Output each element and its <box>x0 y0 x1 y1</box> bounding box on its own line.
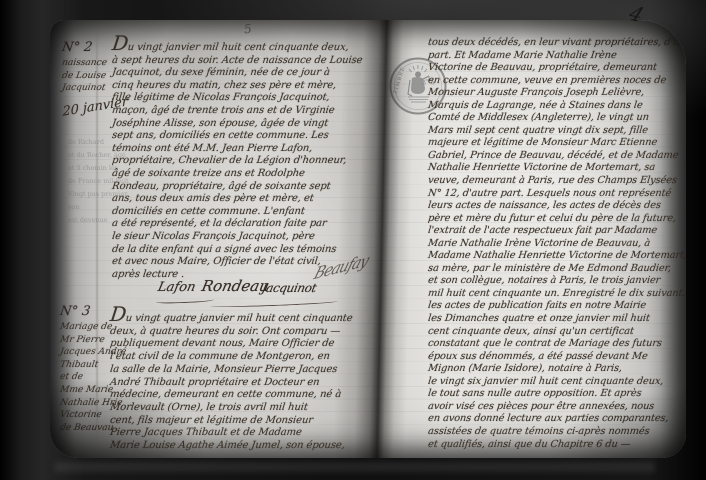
record-line: Comté de Middlesex (Angleterre), le ving… <box>427 112 686 125</box>
record-line: Marquis de Lagrange, née à Staines dans … <box>427 100 686 113</box>
register-spread: 5 N° 2 naissancede LouiseJacquinot 20 ja… <box>50 20 686 458</box>
record-line: le sieur Nicolas François Jacquinot, pèr… <box>111 231 369 244</box>
record-line: l'extrait de l'acte respectueux fait par… <box>427 225 686 238</box>
record-line: père et mère du futur et celui du père d… <box>427 213 686 226</box>
record-line: tous deux décédés, en leur vivant propri… <box>427 37 686 50</box>
record-line: André Thibault propriétaire et Docteur e… <box>109 377 369 390</box>
record-line: constatant que le contrat de Mariage des… <box>427 338 686 351</box>
marriage-act-text: Du vingt quatre janvier mil huit cent ci… <box>110 308 368 453</box>
record-line: Madame Nathalie Henriette Victorine de M… <box>427 250 686 263</box>
birth-act-text: Du vingt janvier mil huit cent cinquante… <box>112 37 368 281</box>
record-line: Mignon (Marie Isidore), notaire à Paris, <box>427 363 686 376</box>
record-line: et qualifiés, ainsi que du Chapitre 6 du… <box>427 439 686 452</box>
record-line: Monsieur Auguste François Joseph Lelièvr… <box>427 87 686 100</box>
record-line: veuve, demeurant à Paris, rue des Champs… <box>427 175 686 188</box>
record-line: Nathalie Henriette Victorine de Mortemar… <box>427 162 686 175</box>
record-line: publiquement devant nous, Maire Officier… <box>109 338 369 351</box>
record-line: le tout sans nulle autre opposition. Et … <box>427 388 686 401</box>
record-line: témoins ont été M.M. Jean Pierre Lafon, <box>111 143 369 156</box>
signatures: Lafon Rondeau Jacquinot <box>158 272 388 312</box>
record-line: Du vingt quatre janvier mil huit cent ci… <box>109 308 369 326</box>
record-line: Morlevault (Orne), le trois avril mil hu… <box>109 402 369 415</box>
record-line: médecine, demeurant en cette commune, né… <box>109 389 369 402</box>
record-line: à sept heures du soir. Acte de naissance… <box>111 55 369 68</box>
signature-lafon: Lafon <box>156 280 197 295</box>
record-line: Marie Louise Agathe Aimée Jumel, son épo… <box>109 440 369 453</box>
record-line: maçon, âgé de trente trois ans et de Vir… <box>111 105 369 118</box>
record-line: sa mère, par le ministère de Me Edmond B… <box>427 263 686 276</box>
record-line: cent, fils majeur et légitime de Monsieu… <box>109 415 369 428</box>
record-line: sept ans, domiciliés en cette commune. L… <box>111 130 369 143</box>
record-line: assistées de quatre témoins ci-après nom… <box>427 426 686 439</box>
record-line: en avons donné lecture aux parties compa… <box>427 413 686 426</box>
record-line: N° 12, d'autre part. Lesquels nous ont r… <box>427 188 686 201</box>
record-line: part. Et Madame Marie Nathalie Irène <box>427 50 686 63</box>
record-line: propriétaire, Chevalier de la Légion d'h… <box>111 155 369 168</box>
record-line: le vingt six janvier mil huit cent cinqu… <box>427 376 686 389</box>
record-line: Jacquinot, du sexe féminin, née de ce jo… <box>111 67 369 80</box>
record-line: Gabriel, Prince de Beauvau, décédé, et d… <box>427 150 686 163</box>
record-line: fille légitime de Nicolas François Jacqu… <box>111 92 369 105</box>
record-line: et son collègue, notaires à Paris, le tr… <box>427 275 686 288</box>
record-line: en cette commune, veuve en premières noc… <box>427 75 686 88</box>
record-line: cent cinquante deux, ainsi qu'un certifi… <box>427 326 686 339</box>
record-line: les Dimanches quatre et onze janvier mil… <box>427 313 686 326</box>
scanner-edge-glow <box>55 462 655 472</box>
signature-jacquinot: Jacquinot <box>261 281 318 295</box>
record-line: mil huit cent cinquante un. Enregistré l… <box>427 288 686 301</box>
record-line: les actes de publication faits en notre … <box>427 300 686 313</box>
marriage-act-continuation-text: tous deux décédés, en leur vivant propri… <box>428 37 686 451</box>
record-line: ans, tous deux amis des père et mère, et <box>111 193 369 206</box>
record-line: avoir visé ces pièces pour être annexées… <box>427 401 686 414</box>
record-line: époux sus dénommés, a été passé devant M… <box>427 351 686 364</box>
document-scan: 5 N° 2 naissancede LouiseJacquinot 20 ja… <box>0 0 706 480</box>
record-line: Victorine de Beauvau, propriétaire, deme… <box>427 62 686 75</box>
record-line: Mars mil sept cent quatre vingt dix sept… <box>427 125 686 138</box>
record-line: Rondeau, propriétaire, âgé de soixante s… <box>111 181 369 194</box>
record-line: Joséphine Alisse, son épouse, âgée de vi… <box>111 118 369 131</box>
record-line: la salle de la Mairie, Monsieur Pierre J… <box>109 364 369 377</box>
record-line: Marie Nathalie Irène Victorine de Beauva… <box>427 238 686 251</box>
record-line: leurs actes de naissance, les actes de d… <box>427 200 686 213</box>
record-line: domiciliés en cette commune. L'enfant <box>111 206 369 219</box>
record-line: l'état civil de la commune de Montgeron,… <box>109 351 369 364</box>
signature-flourish <box>156 297 214 304</box>
record-line: majeure et légitime de Monsieur Marc Eti… <box>427 137 686 150</box>
record-line: de la dite enfant qui a signé avec les t… <box>111 244 369 257</box>
record-line: deux, à quatre heures du soir. Ont compa… <box>109 326 369 339</box>
record-line: a été représenté, et la déclaration fait… <box>111 218 369 231</box>
page-number-mark: 5 <box>243 22 252 37</box>
record-line: Pierre Jacques Thibault et de Madame <box>109 427 369 440</box>
record-line: cinq heures du matin, chez ses père et m… <box>111 80 369 93</box>
record-line: Du vingt janvier mil huit cent cinquante… <box>111 37 369 55</box>
record-line: âgé de soixante treize ans et Rodolphe <box>111 168 369 181</box>
